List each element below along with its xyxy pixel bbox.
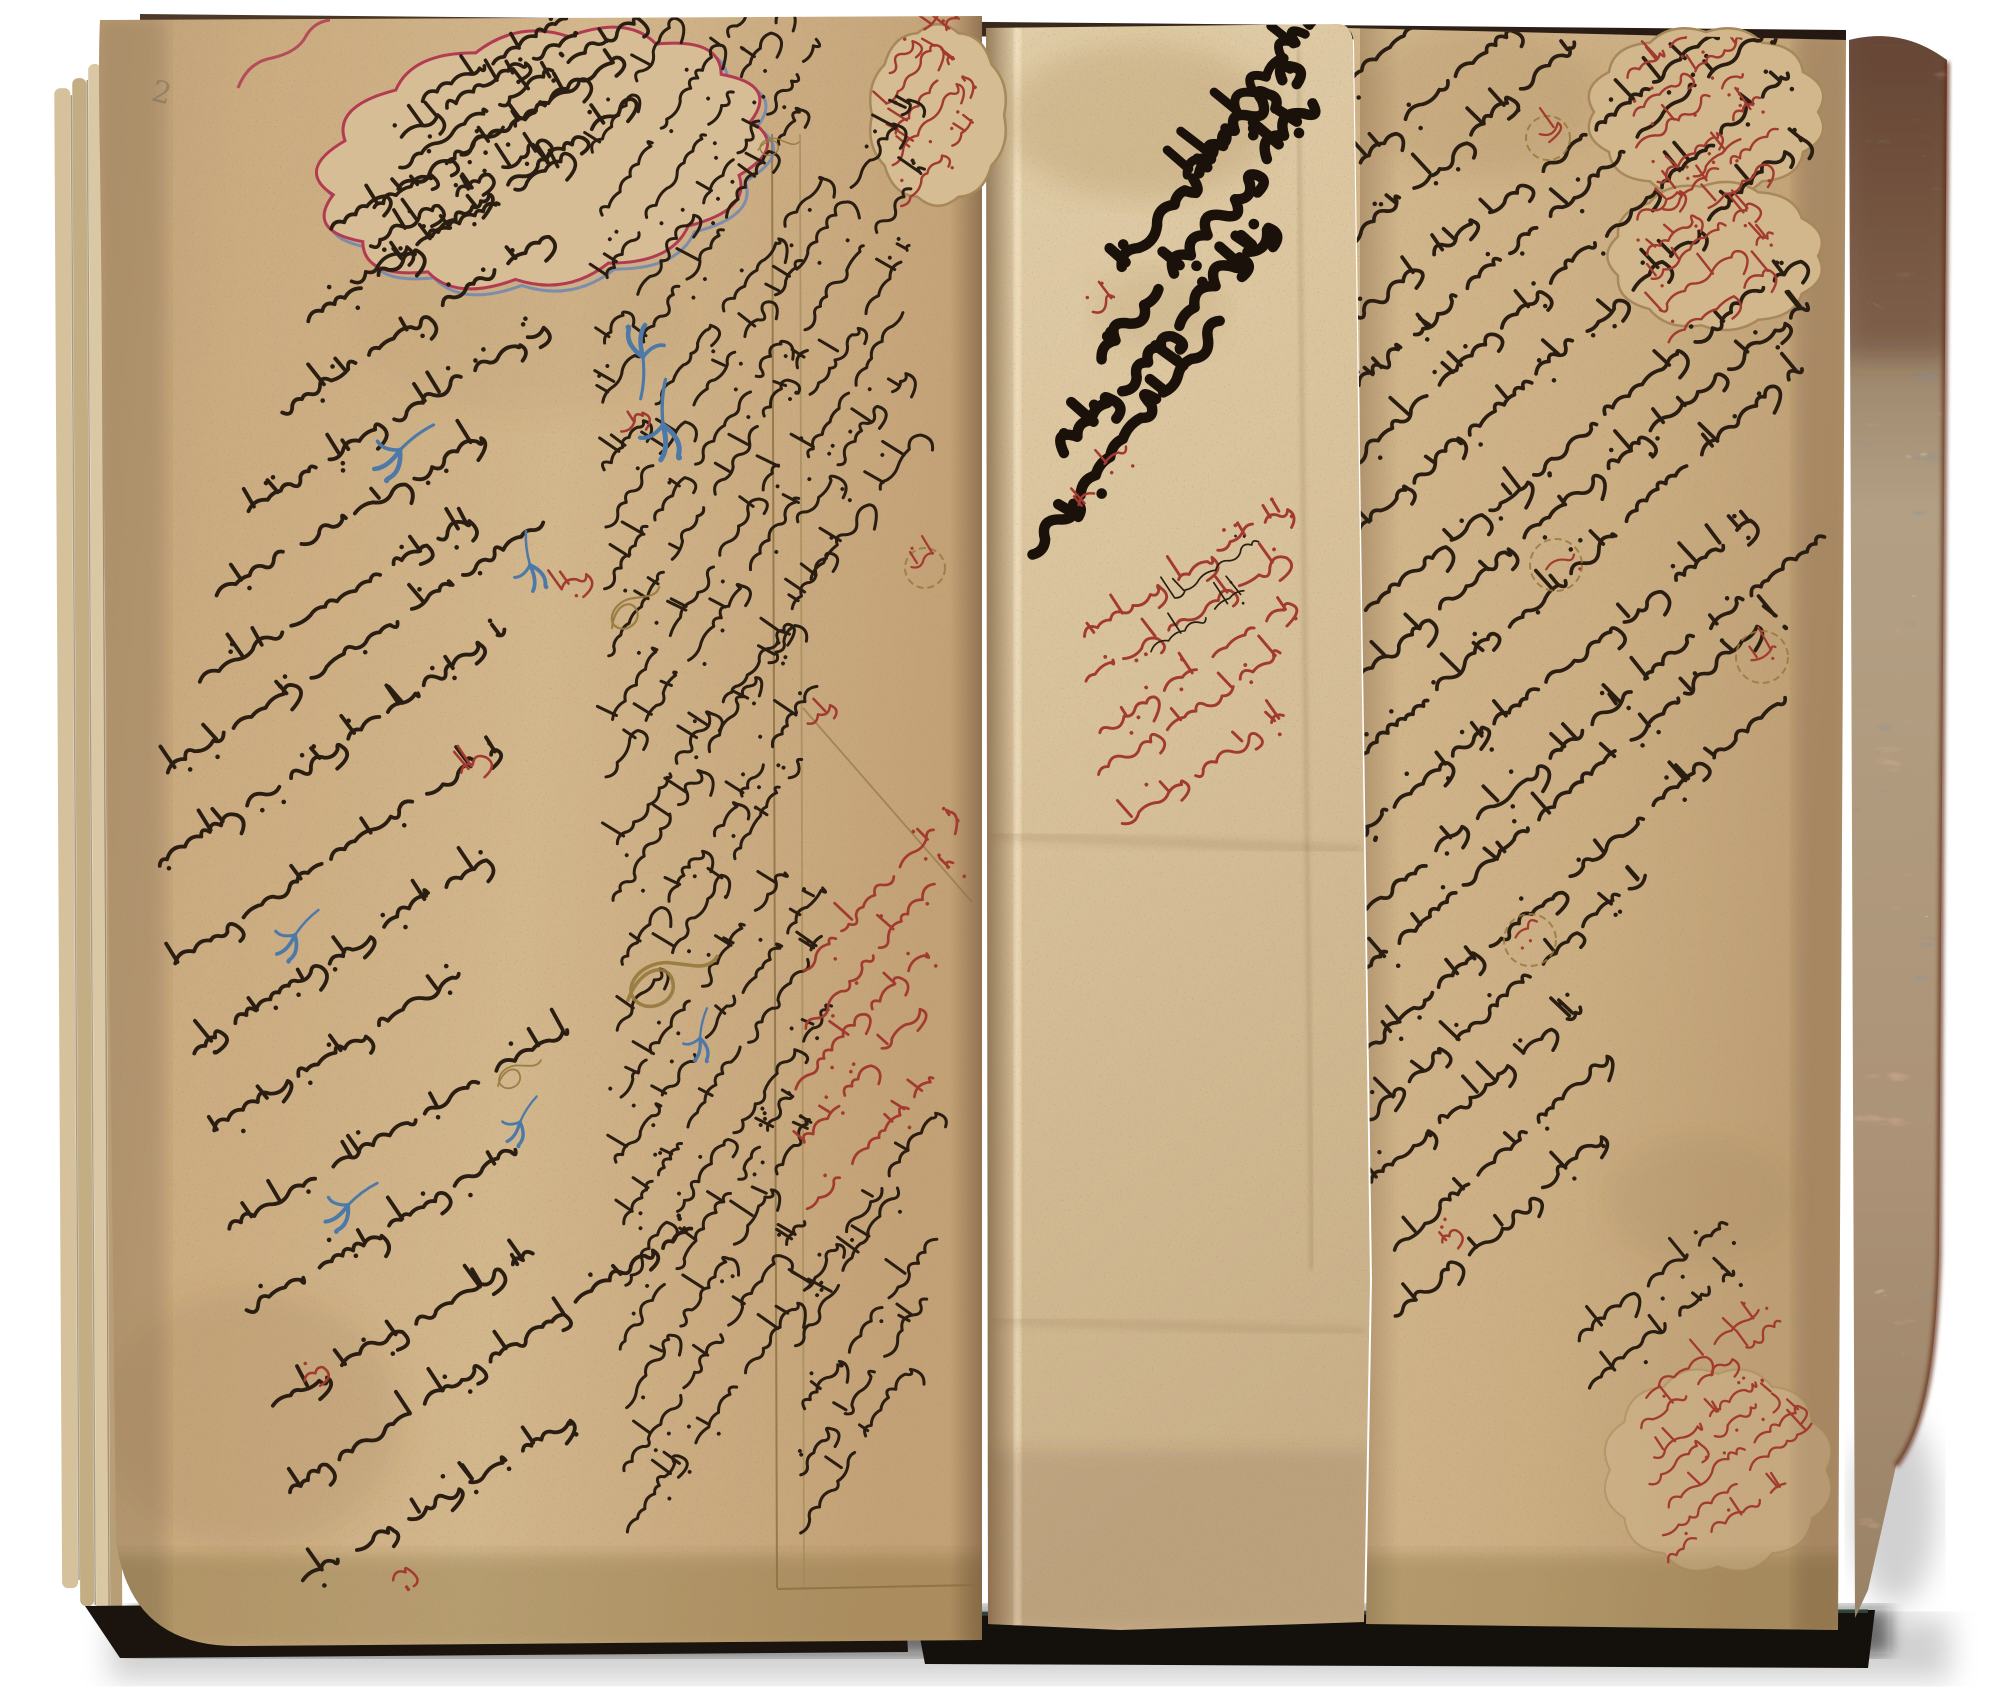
bottom-right-cloud (1605, 1370, 1831, 1571)
manuscript-photo: 2 (0, 0, 2000, 1703)
book-scene: 2 (0, 0, 2000, 1703)
